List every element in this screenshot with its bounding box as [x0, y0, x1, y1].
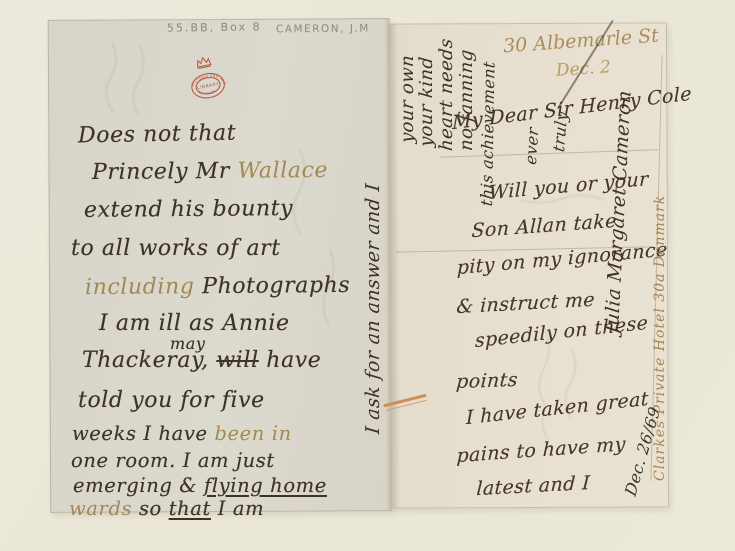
cross-writing-line: ever [521, 126, 542, 166]
handwriting-underlined-text: that [169, 497, 211, 520]
handwriting-faded-text: been in [214, 422, 291, 445]
handwriting-line: one room. I am just [71, 449, 275, 472]
handwriting-line: extend his bounty [84, 196, 293, 223]
handwriting-line: including Photographs [85, 273, 350, 300]
handwriting-struck-word: will [216, 348, 258, 373]
handwriting-text: have [259, 348, 322, 373]
cross-writing-line: no fanning [456, 48, 477, 151]
handwriting-text: emerging & [73, 474, 204, 497]
handwriting-faded-text: wards [69, 497, 132, 520]
handwriting-line: told you for five [78, 388, 265, 413]
handwriting-text: so [132, 497, 169, 520]
cross-writing-line: I ask for an answer and I [362, 182, 384, 435]
handwriting-line: wards so that I am [69, 497, 264, 520]
cross-writing-line: your own [397, 54, 418, 144]
cross-writing-line: truly [549, 110, 571, 154]
handwriting-text: I am [211, 497, 264, 520]
handwriting-line: emerging & flying home [73, 474, 327, 497]
handwriting-text: Princely Mr [92, 159, 238, 185]
handwriting-line: weeks I have been in [72, 422, 292, 445]
handwriting-faded-text: including [85, 274, 202, 300]
cross-writing-line: this achievement [477, 60, 498, 207]
archive-name-annotation: CAMERON, J.M [276, 23, 370, 36]
library-stamp-icon: VICTORIA AND ALBERT LIBRARY MUSEUM [173, 48, 240, 112]
handwriting-line: Thackeray, will havemay [82, 348, 321, 373]
handwriting-line: I am ill as Annie [99, 311, 290, 336]
handwriting-line: to all works of art [71, 236, 281, 261]
letter-photograph: 55.BB, Box 8 CAMERON, J.M VICTORIA AND A… [0, 0, 735, 551]
handwriting-text: weeks I have [72, 422, 214, 445]
cross-writing-line: your kind [416, 56, 437, 148]
handwriting-inserted-word: may [170, 334, 206, 353]
handwriting-faded-text: Wallace [237, 158, 328, 184]
handwriting-text: Photographs [202, 273, 350, 299]
handwriting-line: Does not that [78, 121, 237, 149]
handwriting-line: points [455, 369, 518, 393]
handwriting-line: Princely Mr Wallace [92, 158, 328, 185]
cross-writing-line: heart needs [436, 37, 457, 151]
handwriting-underlined-text: flying home [204, 474, 327, 497]
letter-date: Dec. 2 [555, 57, 611, 81]
archive-shelfmark-annotation: 55.BB, Box 8 [167, 20, 262, 34]
stamp-center-text: LIBRARY [197, 81, 220, 91]
